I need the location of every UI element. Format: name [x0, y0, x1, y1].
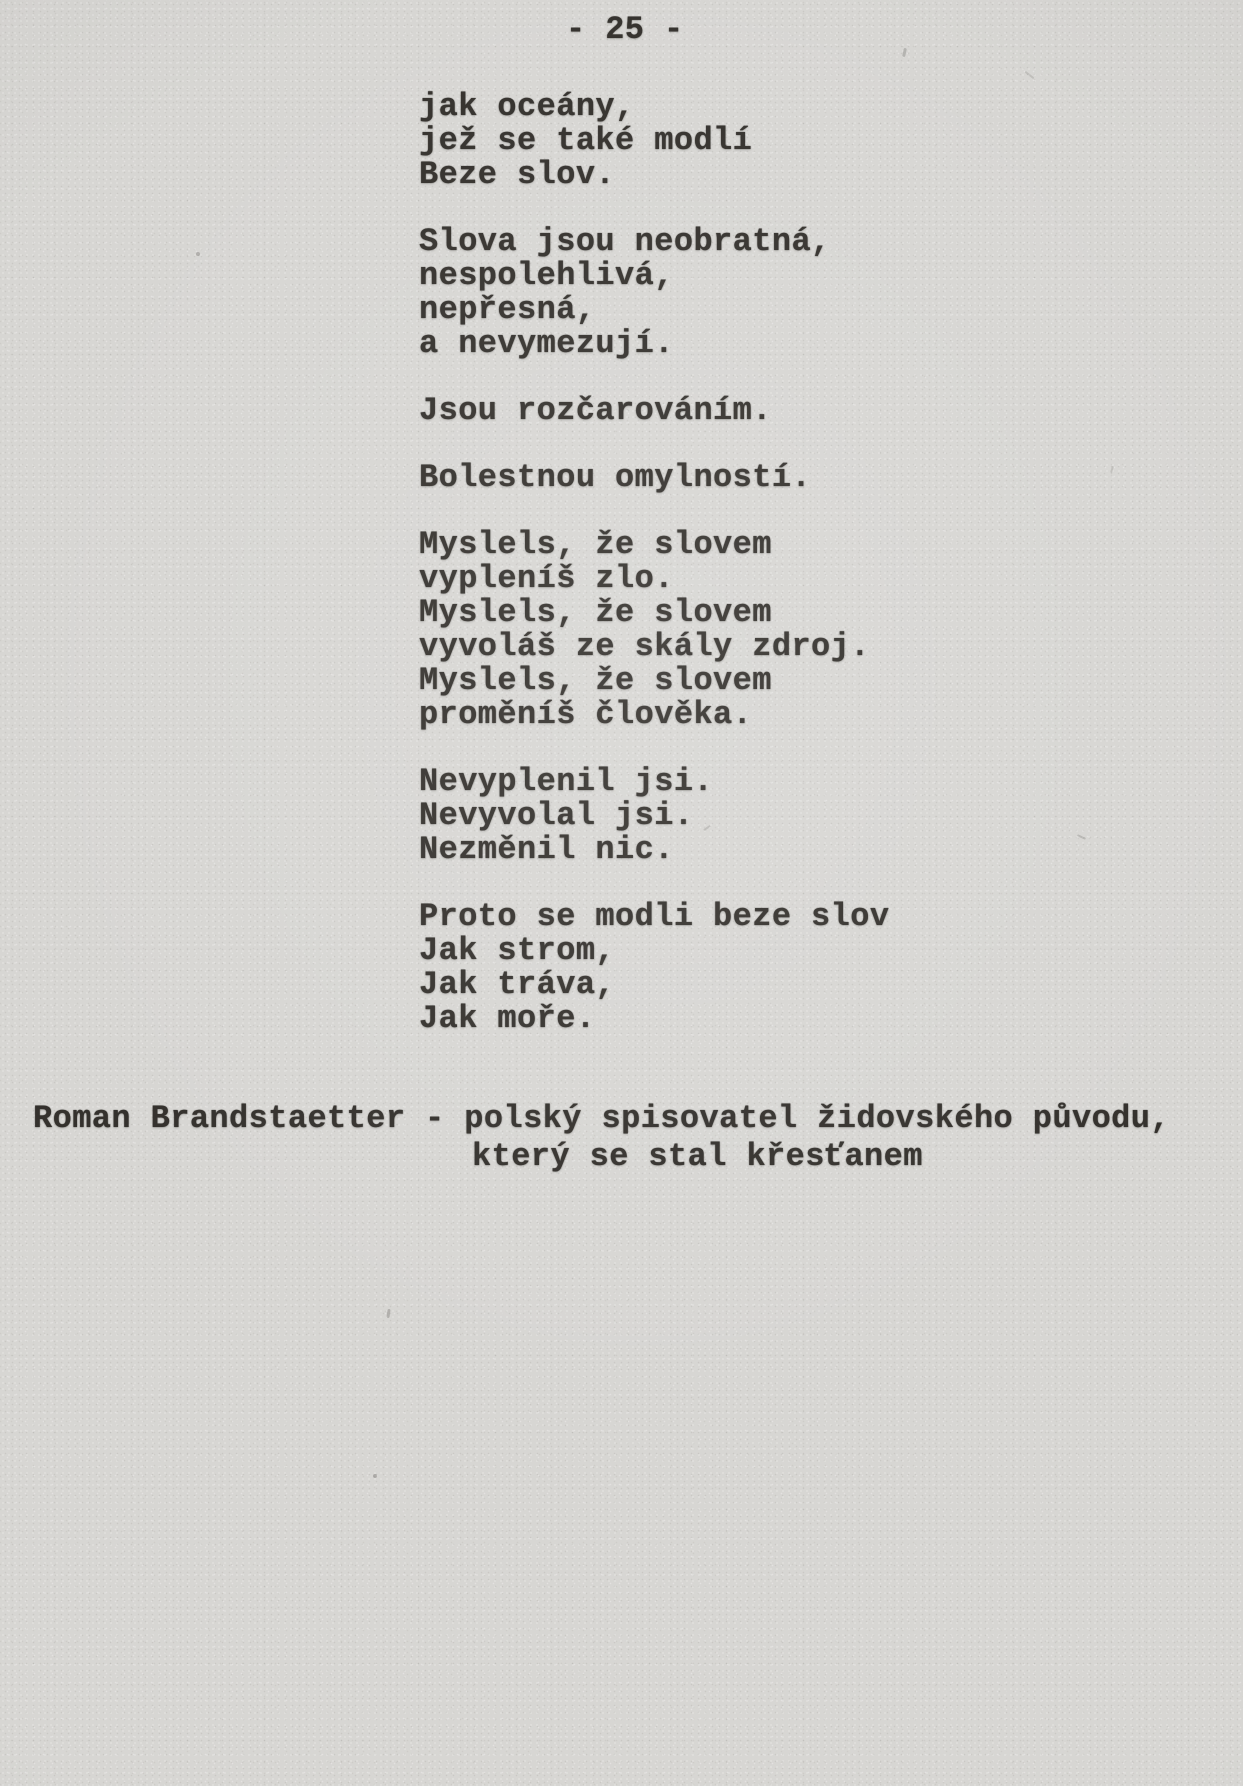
- poem-line: Nezměnil nic.: [419, 833, 889, 867]
- poem-line: vypleníš zlo.: [419, 562, 889, 596]
- scanned-page: - 25 - jak oceány, jež se také modlí Bez…: [0, 0, 1243, 1786]
- poem-line: Proto se modli beze slov: [419, 900, 889, 934]
- stanza-1: jak oceány, jež se také modlí Beze slov.: [419, 90, 889, 192]
- stanza-3: Jsou rozčarováním.: [419, 394, 889, 428]
- paper-speck: [1025, 71, 1035, 79]
- poem-line: Myslels, že slovem: [419, 596, 889, 630]
- paper-speck: [902, 48, 907, 57]
- paper-speck: [1077, 834, 1086, 839]
- poem-line: jež se také modlí: [419, 124, 889, 158]
- poem-line: Bolestnou omylností.: [419, 461, 889, 495]
- attribution-line: který se stal křesťanem: [472, 1138, 1170, 1176]
- page-number: - 25 -: [566, 13, 684, 47]
- poem-line: Myslels, že slovem: [419, 528, 889, 562]
- poem: jak oceány, jež se také modlí Beze slov.…: [419, 90, 889, 1069]
- author-attribution: Roman Brandstaetter - polský spisovatel …: [33, 1100, 1170, 1176]
- poem-line: Jsou rozčarováním.: [419, 394, 889, 428]
- poem-line: Beze slov.: [419, 158, 889, 192]
- attribution-line: Roman Brandstaetter - polský spisovatel …: [33, 1100, 1170, 1138]
- stanza-4: Bolestnou omylností.: [419, 461, 889, 495]
- paper-speck: [196, 252, 200, 256]
- poem-line: Jak moře.: [419, 1002, 889, 1036]
- poem-line: Nevyvolal jsi.: [419, 799, 889, 833]
- paper-speck: [386, 1309, 390, 1318]
- stanza-6: Nevyplenil jsi. Nevyvolal jsi. Nezměnil …: [419, 765, 889, 867]
- poem-line: jak oceány,: [419, 90, 889, 124]
- paper-speck: [1110, 466, 1114, 473]
- poem-line: nespolehlivá,: [419, 259, 889, 293]
- stanza-7: Proto se modli beze slov Jak strom, Jak …: [419, 900, 889, 1036]
- poem-line: proměníš člověka.: [419, 698, 889, 732]
- paper-speck: [373, 1474, 377, 1478]
- poem-line: vyvoláš ze skály zdroj.: [419, 630, 889, 664]
- poem-line: Jak tráva,: [419, 968, 889, 1002]
- poem-line: Jak strom,: [419, 934, 889, 968]
- poem-line: a nevymezují.: [419, 327, 889, 361]
- stanza-2: Slova jsou neobratná, nespolehlivá, nepř…: [419, 225, 889, 361]
- poem-line: Nevyplenil jsi.: [419, 765, 889, 799]
- poem-line: Slova jsou neobratná,: [419, 225, 889, 259]
- poem-line: nepřesná,: [419, 293, 889, 327]
- poem-line: Myslels, že slovem: [419, 664, 889, 698]
- stanza-5: Myslels, že slovem vypleníš zlo. Myslels…: [419, 528, 889, 732]
